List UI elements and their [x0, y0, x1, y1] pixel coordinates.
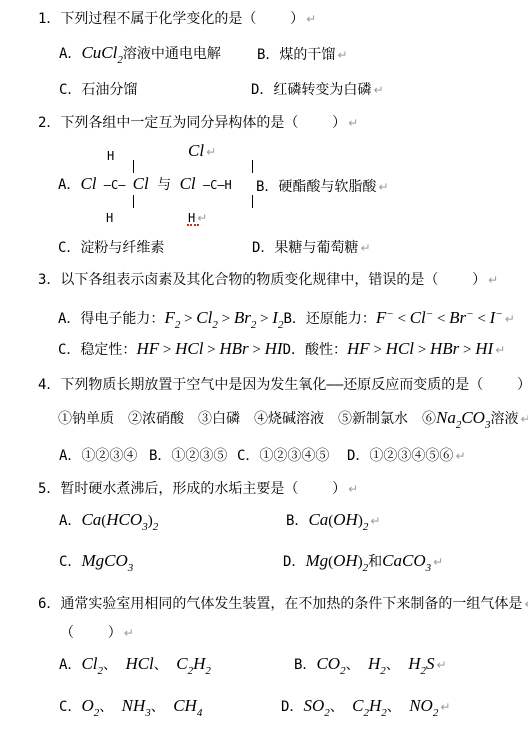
- question-6-stem: 6．通常实验室用相同的气体发生装置，在不加热的条件下来制备的一组气体是↵: [38, 595, 528, 613]
- option-b-label: B．: [294, 657, 316, 673]
- question-3-options-cd: C．稳定性：HF > HCl > HBr > HID．酸性：HF > HCl >…: [58, 340, 505, 359]
- bond-line: [252, 160, 253, 173]
- question-5-stem: 5．暂时硬水煮沸后，形成的水垢主要是（ ）↵: [38, 480, 358, 498]
- option-a-label: A．: [59, 657, 81, 673]
- paragraph-mark-icon: ↵: [431, 555, 443, 569]
- question-3-options-ab: A．得电子能力：F2 > Cl2 > Br2 > I2B．还原能力：F− < C…: [58, 305, 515, 334]
- bond-line: [133, 160, 134, 173]
- option-c-text: C．①②③④⑤: [237, 448, 329, 464]
- formula-na2co3: Na2CO3: [436, 408, 490, 427]
- formula-cl2-hcl-c2h2: Cl2、 HCl、 C2H2: [81, 654, 210, 673]
- items-list-suffix: 溶液: [490, 411, 518, 427]
- formula-cucl2: CuCl2: [81, 43, 122, 62]
- question-6-answer-paren: （ ）↵: [60, 624, 134, 642]
- option-c-text: C．石油分馏: [59, 82, 137, 98]
- formula-acidity: HF > HCl > HBr > HI: [347, 339, 493, 358]
- formula-electron-gaining: F2 > Cl2 > Br2 > I2: [164, 308, 283, 327]
- question-6-option-d: D．SO2、 C2H2、 NO2↵: [281, 697, 450, 722]
- option-a-text: 溶液中通电电解: [123, 46, 221, 62]
- formula-structure-pair: Cl —C— Cl 与 Cl —C—H: [80, 174, 231, 193]
- question-4-option-b: B．①②③⑤: [149, 447, 227, 465]
- question-4-items: ①钠单质 ②浓硝酸 ③白磷 ④烧碱溶液 ⑤新制氯水 ⑥Na2CO3溶液↵: [58, 409, 528, 434]
- option-b-label: B．还原能力：: [283, 311, 375, 327]
- question-2-option-c: C．淀粉与纤维素: [58, 239, 164, 257]
- question-5-option-a: A．Ca(HCO3)2: [59, 511, 158, 536]
- paragraph-mark-icon: ↵: [518, 412, 528, 426]
- structure-bottom-hydrogen-left: H: [106, 208, 113, 227]
- paragraph-mark-icon: ↵: [304, 12, 316, 26]
- question-1-option-a: A．CuCl2溶液中通电电解: [59, 44, 221, 69]
- formula-ca-hco3-2: Ca(HCO3)2: [81, 510, 158, 529]
- question-6-option-c: C．O2、 NH3、 CH4: [59, 697, 202, 722]
- paragraph-mark-icon: ↵: [368, 514, 380, 528]
- items-list-text: ①钠单质 ②浓硝酸 ③白磷 ④烧碱溶液 ⑤新制氯水 ⑥: [58, 411, 436, 427]
- formula-stability: HF > HCl > HBr > HI: [136, 339, 282, 358]
- answer-paren-text: （ ）: [60, 625, 122, 641]
- formula-reducing-power: F− < Cl− < Br− < I−: [376, 308, 503, 327]
- option-b-text: B．硬酯酸与软脂酸: [256, 179, 376, 195]
- atom-h: H: [106, 211, 113, 225]
- option-b-text: B．煤的干馏: [257, 47, 335, 63]
- option-a-label: A．: [58, 177, 80, 193]
- paragraph-mark-icon: ↵: [371, 83, 383, 97]
- option-a-text: A．①②③④: [59, 448, 137, 464]
- paragraph-mark-icon: ↵: [122, 626, 134, 640]
- paragraph-mark-icon: ↵: [503, 312, 515, 326]
- option-a-label: A．得电子能力：: [58, 311, 164, 327]
- option-d-label: D．: [281, 699, 303, 715]
- bond-line: [252, 195, 253, 208]
- paragraph-mark-icon: ↵: [358, 241, 370, 255]
- question-1-stem-text: 1．下列过程不属于化学变化的是（ ）: [38, 11, 304, 27]
- question-1-option-c: C．石油分馏: [59, 81, 137, 99]
- option-d-text: D．果糖与葡萄糖: [252, 240, 358, 256]
- option-c-label: C．: [59, 554, 81, 570]
- paragraph-mark-icon: ↵: [522, 597, 528, 611]
- formula-ca-oh-2: Ca(OH)2: [308, 510, 368, 529]
- question-1-option-b: B．煤的干馏↵: [257, 46, 348, 64]
- option-c-label: C．稳定性：: [58, 342, 136, 358]
- question-5-option-c: C．MgCO3: [59, 552, 133, 577]
- paragraph-mark-icon: ↵: [453, 449, 465, 463]
- question-1-option-d: D．红磷转变为白磷↵: [251, 81, 384, 99]
- question-3-stem-text: 3．以下各组表示卤素及其化合物的物质变化规律中，错误的是（ ）: [38, 272, 486, 288]
- spellcheck-squiggle: [187, 221, 199, 226]
- bond-line: [133, 195, 134, 208]
- paragraph-mark-icon: ↵: [346, 116, 358, 130]
- question-6-option-a: A．Cl2、 HCl、 C2H2: [59, 655, 211, 680]
- structure-top-chlorine: Cl↵: [188, 142, 216, 161]
- question-5-option-d: D．Mg(OH)2和CaCO3↵: [283, 552, 443, 577]
- paragraph-mark-icon: ↵: [376, 180, 388, 194]
- option-d-text: D．红磷转变为白磷: [251, 82, 371, 98]
- formula-mgco3: MgCO3: [81, 551, 133, 570]
- question-6-stem-text: 6．通常实验室用相同的气体发生装置，在不加热的条件下来制备的一组气体是: [38, 596, 522, 612]
- option-d-label: D．: [283, 554, 305, 570]
- paragraph-mark-icon: ↵: [335, 48, 347, 62]
- question-4-option-a: A．①②③④: [59, 447, 137, 465]
- option-d-text: D．①②③④⑤⑥: [347, 448, 453, 464]
- question-4-stem-text: 4．下列物质长期放置于空气中是因为发生氧化——还原反应而变质的是（ ）: [38, 377, 528, 393]
- question-6-option-b: B．CO2、 H2、 H2S↵: [294, 655, 447, 680]
- option-c-text: C．淀粉与纤维素: [58, 240, 164, 256]
- paragraph-mark-icon: ↵: [435, 658, 447, 672]
- paragraph-mark-icon: ↵: [438, 700, 450, 714]
- question-2-option-b: B．硬酯酸与软脂酸↵: [256, 178, 389, 196]
- question-5-option-b: B．Ca(OH)2↵: [286, 511, 380, 536]
- formula-co2-h2-h2s: CO2、 H2、 H2S: [316, 654, 434, 673]
- question-1-stem: 1．下列过程不属于化学变化的是（ ）↵: [38, 10, 316, 28]
- option-b-text: B．①②③⑤: [149, 448, 227, 464]
- option-a-label: A．: [59, 513, 81, 529]
- question-2-option-a: A．Cl —C— Cl 与 Cl —C—H: [58, 175, 232, 194]
- question-4-option-d: D．①②③④⑤⑥↵: [347, 447, 466, 465]
- option-a-label: A．: [59, 46, 81, 62]
- paragraph-mark-icon: ↵: [486, 273, 498, 287]
- atom-cl: Cl: [188, 141, 204, 160]
- formula-mg-oh-2-caco3: Mg(OH)2和CaCO3: [305, 551, 431, 570]
- paragraph-mark-icon: ↵: [346, 482, 358, 496]
- formula-o2-nh3-ch4: O2、 NH3、 CH4: [81, 696, 202, 715]
- question-5-stem-text: 5．暂时硬水煮沸后，形成的水垢主要是（ ）: [38, 481, 346, 497]
- exam-document-page: 1．下列过程不属于化学变化的是（ ）↵ A．CuCl2溶液中通电电解 B．煤的干…: [0, 0, 528, 732]
- atom-h: H: [107, 149, 114, 163]
- paragraph-mark-icon: ↵: [204, 145, 216, 159]
- question-3-stem: 3．以下各组表示卤素及其化合物的物质变化规律中，错误的是（ ）↵: [38, 271, 498, 289]
- paragraph-mark-icon: ↵: [493, 343, 505, 357]
- structure-top-hydrogen: H: [107, 146, 114, 165]
- question-2-option-d: D．果糖与葡萄糖↵: [252, 239, 371, 257]
- question-4-option-c: C．①②③④⑤: [237, 447, 329, 465]
- formula-so2-c2h2-no2: SO2、 C2H2、 NO2: [303, 696, 438, 715]
- option-c-label: C．: [59, 699, 81, 715]
- question-2-stem-text: 2．下列各组中一定互为同分异构体的是（ ）: [38, 115, 346, 131]
- question-4-stem: 4．下列物质长期放置于空气中是因为发生氧化——还原反应而变质的是（ ）↵: [38, 376, 528, 394]
- option-b-label: B．: [286, 513, 308, 529]
- question-2-stem: 2．下列各组中一定互为同分异构体的是（ ）↵: [38, 114, 358, 132]
- option-d-label: D．酸性：: [283, 342, 347, 358]
